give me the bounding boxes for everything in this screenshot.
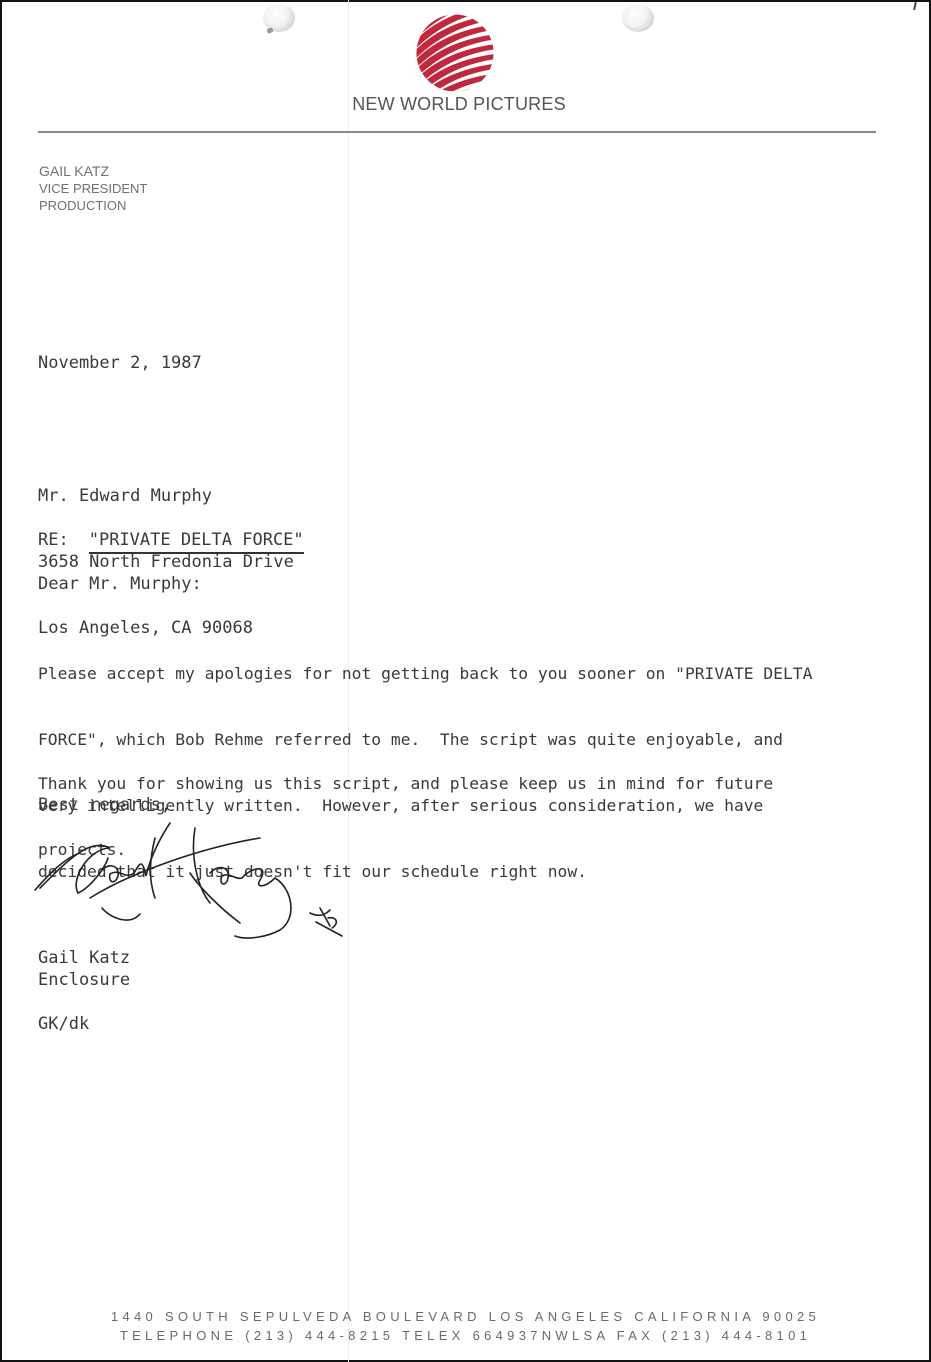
executive-name: GAIL KATZ (39, 163, 147, 180)
body-line: Thank you for showing us this script, an… (38, 773, 773, 795)
company-name: NEW WORLD PICTURES (340, 94, 578, 115)
executive-block: GAIL KATZ VICE PRESIDENT PRODUCTION (39, 163, 147, 214)
letter-date: November 2, 1987 (38, 352, 202, 374)
letterhead-divider (38, 131, 876, 133)
footer-address: 1440 SOUTH SEPULVEDA BOULEVARD LOS ANGEL… (60, 1309, 871, 1324)
re-label: RE: (38, 530, 69, 550)
reference-initials: GK/dk (38, 1013, 130, 1035)
recipient-street: 3658 North Fredonia Drive (38, 551, 294, 573)
signer-name: Gail Katz (38, 947, 130, 969)
executive-title: VICE PRESIDENT (39, 180, 147, 197)
subject-title: "PRIVATE DELTA FORCE" (89, 529, 304, 554)
executive-department: PRODUCTION (39, 197, 147, 214)
subject-line: RE:"PRIVATE DELTA FORCE" (38, 529, 304, 554)
recipient-name: Mr. Edward Murphy (38, 485, 294, 507)
red-striped-globe-icon (414, 12, 496, 94)
salutation: Dear Mr. Murphy: (38, 573, 202, 595)
footer-contact: TELEPHONE (213) 444-8215 TELEX 664937NWL… (60, 1328, 871, 1343)
enclosure-note: Enclosure (38, 969, 130, 991)
body-line: Please accept my apologies for not getti… (38, 663, 812, 685)
closing: Best regards, (38, 794, 171, 816)
punch-hole-right (622, 4, 654, 32)
